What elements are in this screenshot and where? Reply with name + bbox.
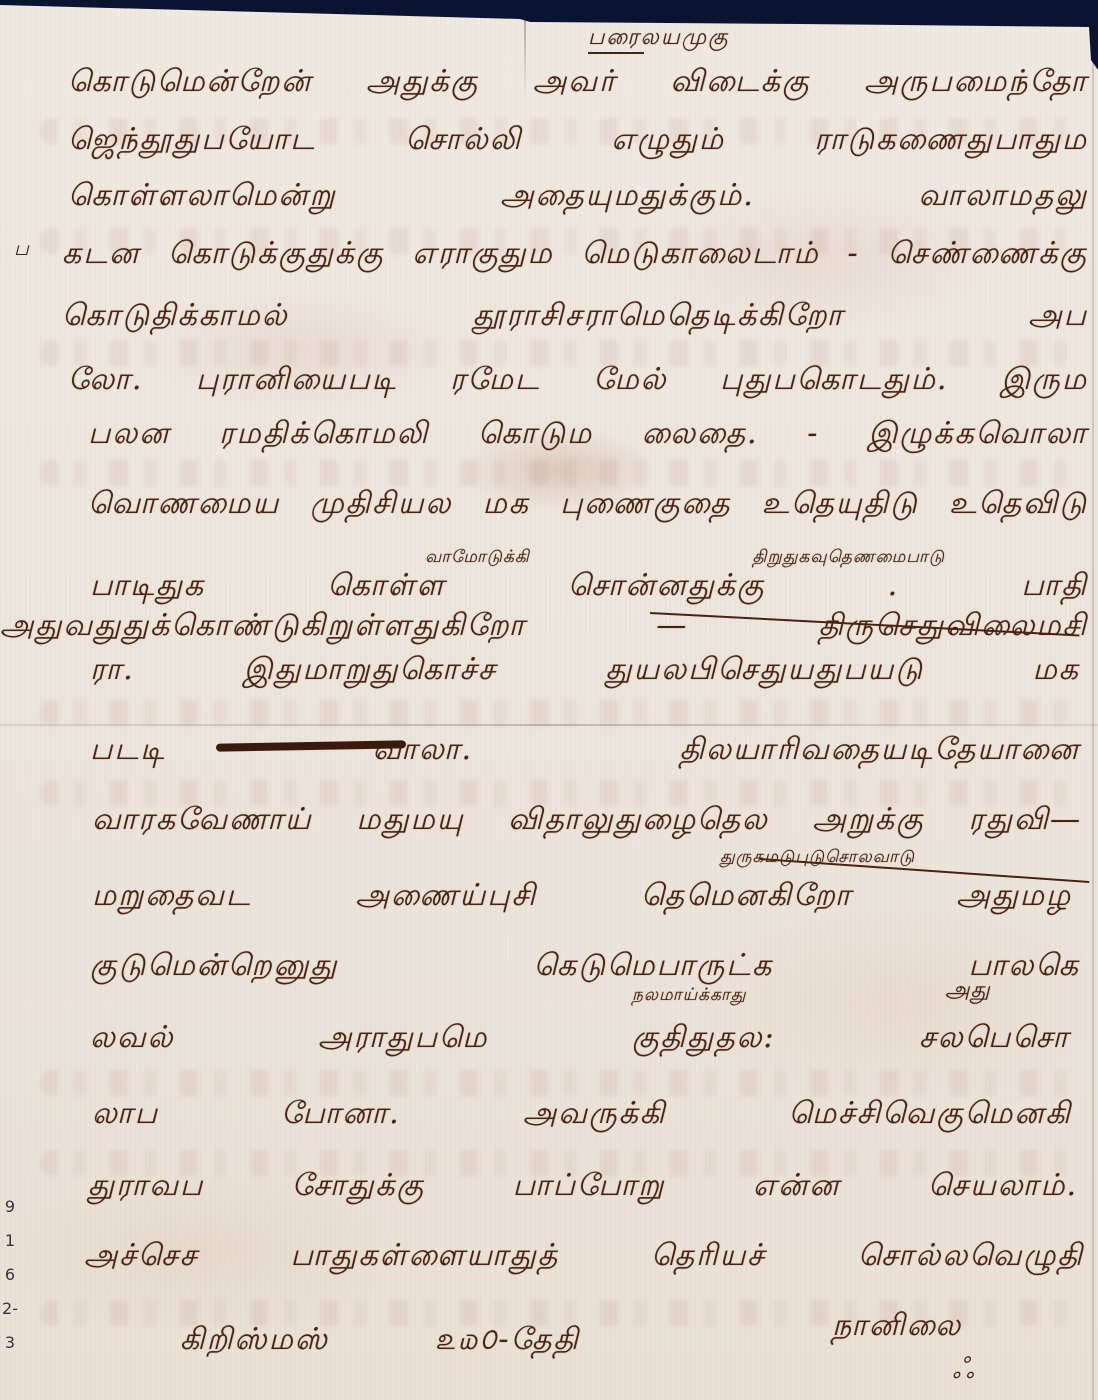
interlinear-note-1: வாமோடுக்கி திறுதுகவுதெணமைபாடு [425,546,945,568]
letter-signature: நானிலை [832,1306,1042,1346]
letter-line-8: வொணமைய முதிசியல மக புணைகுதை உதெயுதிடு உத… [88,484,1088,524]
header-underline [588,52,644,54]
letter-line-15: குடுமென்றெனுது கெடுமெபாருட்க பாலகெ [90,946,1080,986]
paper-right-edge [1092,60,1094,1400]
interlinear-note-2: துருகமடுபுடுசொலவாடு [720,846,1085,868]
left-margin-note: ப [14,236,29,263]
archival-number: 9162-3 [2,1190,18,1360]
bleed-through [40,700,1078,726]
letter-line-5: கொடுதிக்காமல் தூராசிசராமெதெடிக்கிறோ அப [62,296,1088,336]
letter-line-1: கொடுமென்றேன் அதுக்கு அவர் விடைக்கு அருபம… [68,62,1088,102]
letter-line-18: துராவப சோதுக்கு பாப்போறு என்ன செயலாம். [88,1166,1078,1206]
letter-line-3: கொள்ளலாமென்று அதையுமதுக்கும். வாலாமதலு [68,176,1088,216]
letter-line-19: அச்செச பாதுகள்ளையாதுத் தெரியச் சொல்லவெழு… [84,1236,1084,1276]
bleed-through [40,1070,1078,1096]
letter-line-7: பலன ரமதிக்கொமலி கொடும லைதை. - இழுக்கவொலா [88,414,1088,454]
letter-line-2: ஜெந்தூதுபயோட சொல்லி எழுதும் ராடுகணைதுபாத… [68,120,1088,160]
letter-line-6: லோ. புரானியைபடி ரமேட மேல் புதுபகொடதும். … [68,360,1088,400]
signature-flourish: ஃ [952,1352,974,1389]
interlinear-note-4: அது [945,980,1015,1002]
letter-line-9: பாடிதுக கொள்ள சொன்னதுக்கு . பாதி [90,566,1088,606]
letter-header: பரைலயமுகு [588,24,820,52]
letter-line-16: லவல் அராதுபமெ குதிதுதல: சலபெசொ [90,1018,1070,1058]
horizontal-fold-crease [0,724,1098,726]
letter-line-17: லாப போனா. அவருக்கி மெச்சிவெகுமெனகி [92,1094,1072,1134]
letter-date: கிறிஸ்மஸ் ௨௰௦-தேதி [180,1320,580,1360]
bleed-through [40,460,1078,486]
manuscript-page: பரைலயமுகு கொடுமென்றேன் அதுக்கு அவர் விடை… [0,0,1098,1400]
interlinear-note-3: நலமாய்க்காது [632,984,792,1006]
letter-line-4: கடன கொடுக்குதுக்கு எராகுதும மெடுகாலைடாம்… [62,234,1088,274]
letter-line-14: மறுதைவட அணைய்புசி தெமெனகிறோ அதுமழ [92,876,1072,916]
letter-line-13: வாரகவேணாய் மதுமயு விதாலுதுழைதெல அறுக்கு … [92,800,1082,840]
letter-line-11: ரா. இதுமாறுதுகொச்ச துயலபிசெதுயதுபயடு மக [90,650,1080,690]
